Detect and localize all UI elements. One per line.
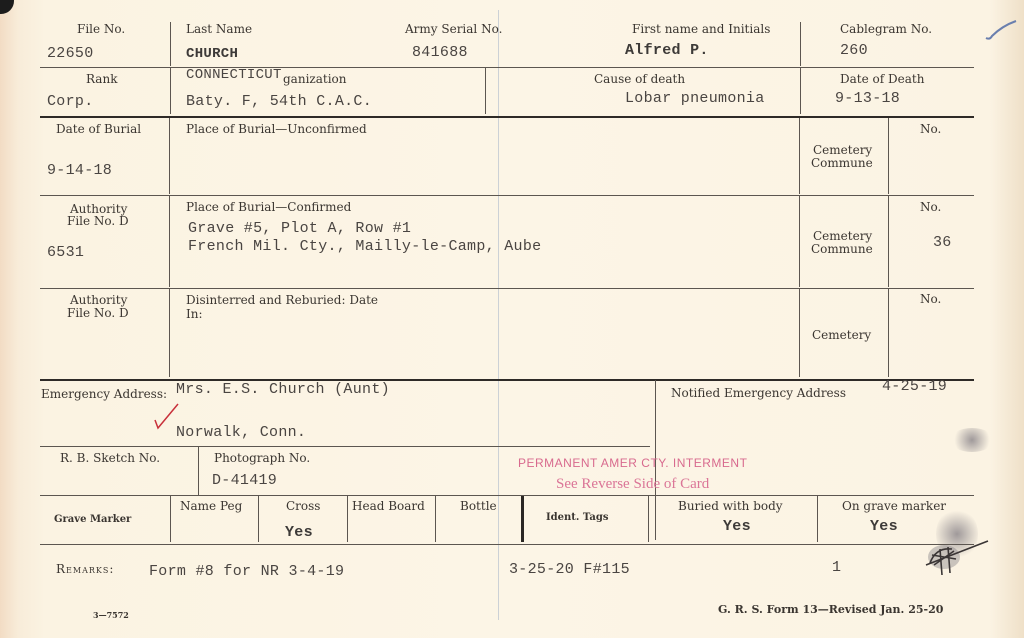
ident-tags-label: Ident. Tags xyxy=(546,512,608,523)
divider xyxy=(170,22,171,66)
commune-label: Commune xyxy=(811,157,873,170)
cross-label: Cross xyxy=(286,500,320,513)
place-confirmed-line-2: French Mil. Cty., Mailly-le-Camp, Aube xyxy=(188,239,541,254)
cause-of-death-value: Lobar pneumonia xyxy=(625,91,765,106)
divider xyxy=(799,196,800,287)
buried-with-body-label: Buried with body xyxy=(678,500,783,513)
authority-file-label: File No. D xyxy=(67,307,129,320)
file-no-value: 22650 xyxy=(47,46,94,61)
place-unconfirmed-label: Place of Burial—Unconfirmed xyxy=(186,123,367,136)
notified-emergency-label: Notified Emergency Address xyxy=(671,387,846,400)
place-confirmed-label: Place of Burial—Confirmed xyxy=(186,201,351,214)
remarks-text-3: 1 xyxy=(832,560,841,575)
cemetery-label: Cemetery xyxy=(812,329,871,342)
last-name-value: CHURCH xyxy=(186,47,238,61)
remarks-text-2: 3-25-20 F#115 xyxy=(509,562,630,577)
photograph-value: D-41419 xyxy=(212,473,277,488)
organization-label: ganization xyxy=(283,73,347,86)
army-serial-label: Army Serial No. xyxy=(405,23,502,36)
divider xyxy=(485,68,486,114)
rb-sketch-label: R. B. Sketch No. xyxy=(60,452,160,465)
row-divider xyxy=(40,544,974,545)
row-divider xyxy=(40,288,974,289)
on-grave-marker-label: On grave marker xyxy=(842,500,946,513)
divider xyxy=(888,118,889,194)
head-board-label: Head Board xyxy=(352,500,425,513)
state-overtype: CONNECTICUT xyxy=(186,68,282,82)
on-grave-marker-value: Yes xyxy=(870,519,898,534)
disinterred-label: Disinterred and Reburied: Date xyxy=(186,294,378,307)
ink-smudge xyxy=(950,428,994,452)
divider xyxy=(198,447,199,495)
divider xyxy=(170,68,171,114)
cross-value: Yes xyxy=(285,525,313,540)
cablegram-label: Cablegram No. xyxy=(840,23,932,36)
rank-value: Corp. xyxy=(47,94,94,109)
rank-label: Rank xyxy=(86,73,117,86)
disinterred-in-label: In: xyxy=(186,308,203,321)
divider xyxy=(169,196,170,287)
date-of-death-value: 9-13-18 xyxy=(835,91,900,106)
army-serial-value: 841688 xyxy=(412,45,468,60)
divider xyxy=(799,289,800,377)
place-confirmed-line-1: Grave #5, Plot A, Row #1 xyxy=(188,221,411,236)
remarks-label: Remarks: xyxy=(56,562,114,576)
divider xyxy=(521,496,524,542)
divider xyxy=(169,118,170,194)
date-of-death-label: Date of Death xyxy=(840,73,924,86)
burial-record-card: File No. 22650 Last Name CHURCH Army Ser… xyxy=(0,0,1024,638)
photograph-label: Photograph No. xyxy=(214,452,310,465)
authority-file-label: File No. D xyxy=(67,215,129,228)
print-code: 3—7572 xyxy=(93,610,129,620)
remarks-text-1: Form #8 for NR 3-4-19 xyxy=(149,564,344,579)
divider xyxy=(435,496,436,542)
divider xyxy=(800,68,801,114)
interment-stamp-line-1: PERMANENT AMER CTY. INTERMENT xyxy=(518,456,747,470)
cablegram-value: 260 xyxy=(840,43,868,58)
red-checkmark-icon xyxy=(150,400,182,432)
cemetery-no-value: 36 xyxy=(933,235,952,250)
interment-stamp-line-2: See Reverse Side of Card xyxy=(556,476,709,493)
cause-of-death-label: Cause of death xyxy=(594,73,685,86)
file-no-label: File No. xyxy=(77,23,125,36)
corner-shadow xyxy=(0,0,14,14)
divider xyxy=(347,496,348,542)
first-name-value: Alfred P. xyxy=(625,43,709,58)
divider xyxy=(799,118,800,194)
bottle-label: Bottle xyxy=(460,500,497,513)
commune-label: Commune xyxy=(811,243,873,256)
row-divider xyxy=(40,495,974,496)
notified-date-value: 4-25-19 xyxy=(882,379,947,394)
divider xyxy=(258,496,259,542)
divider xyxy=(169,289,170,377)
organization-value: Baty. F, 54th C.A.C. xyxy=(186,94,372,109)
date-of-burial-label: Date of Burial xyxy=(56,123,141,136)
row-divider xyxy=(40,446,650,447)
emergency-address-line-2: Norwalk, Conn. xyxy=(176,425,306,440)
first-name-label: First name and Initials xyxy=(632,23,770,36)
no-label: No. xyxy=(920,201,941,214)
divider xyxy=(170,496,171,542)
emergency-address-label: Emergency Address: xyxy=(41,388,167,401)
divider xyxy=(817,496,818,542)
no-label: No. xyxy=(920,123,941,136)
authority-file-value: 6531 xyxy=(47,245,84,260)
corner-check-icon xyxy=(984,18,1018,44)
emergency-address-line-1: Mrs. E.S. Church (Aunt) xyxy=(176,382,390,397)
row-divider xyxy=(40,195,974,196)
date-of-burial-value: 9-14-18 xyxy=(47,163,112,178)
row-divider xyxy=(40,67,974,68)
last-name-label: Last Name xyxy=(186,23,252,36)
section-divider xyxy=(40,116,974,118)
fold-line xyxy=(498,10,499,620)
divider xyxy=(888,196,889,287)
no-label: No. xyxy=(920,293,941,306)
scribble-mark-icon xyxy=(922,535,992,585)
divider xyxy=(648,496,649,542)
name-peg-label: Name Peg xyxy=(180,500,242,513)
divider xyxy=(800,22,801,66)
buried-with-body-value: Yes xyxy=(723,519,751,534)
grave-marker-label: Grave Marker xyxy=(54,514,131,525)
divider xyxy=(888,289,889,377)
form-footer: G. R. S. Form 13—Revised Jan. 25-20 xyxy=(718,603,943,616)
